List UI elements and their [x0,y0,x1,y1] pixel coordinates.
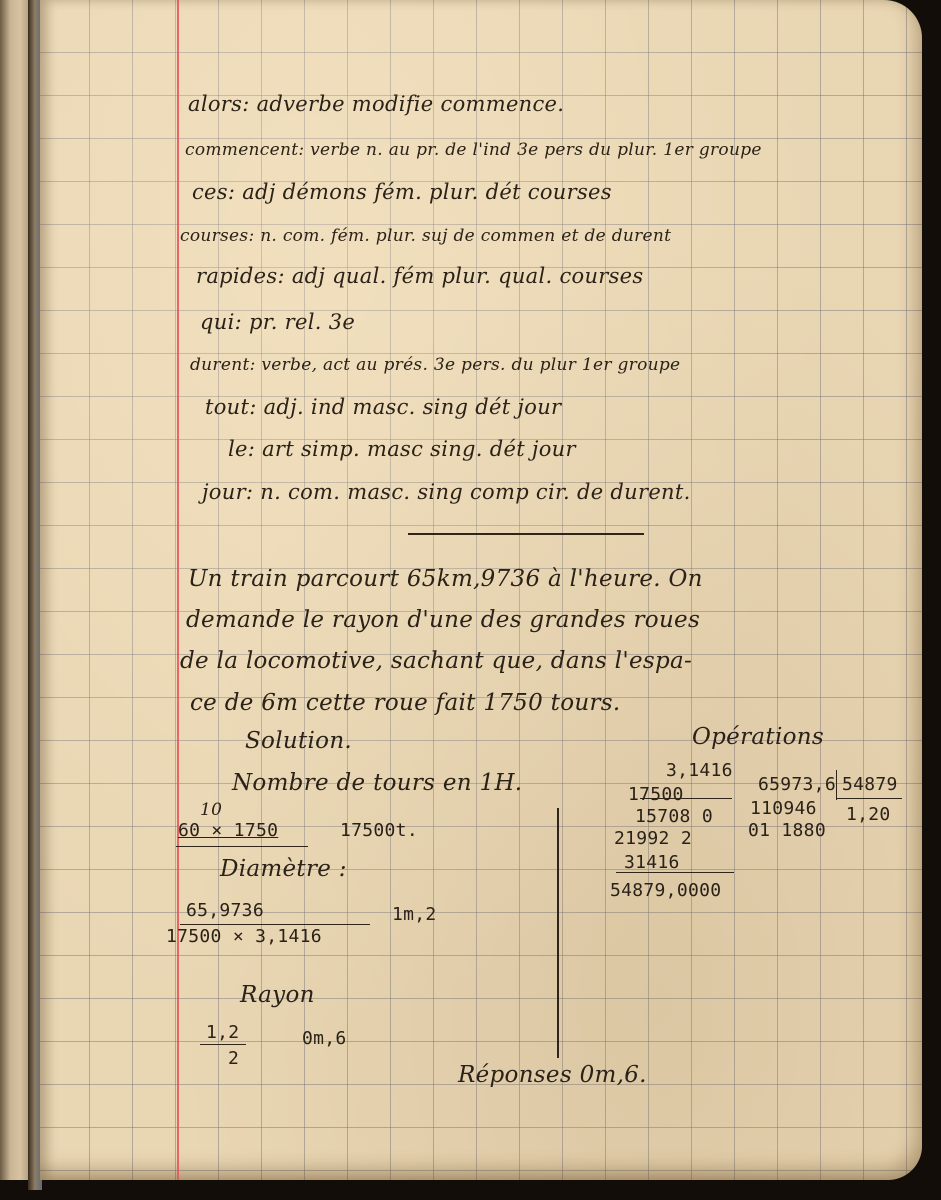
mult-partial: 15708 0 [635,806,713,827]
div-dividend: 65973,6 [758,774,836,795]
step1-calculation: 60 × 1750 [178,820,278,841]
analysis-word: jour [202,480,246,504]
analysis-text: adj démons fém. plur. dét courses [242,180,612,204]
solution-title: Solution. [245,728,352,754]
mult-factor2: 17500 [628,784,684,805]
answer-value: 0m,6. [580,1062,647,1088]
analysis-text: n. com. masc. sing comp cir. de durent. [260,480,690,504]
problem-line: demande le rayon d'une des grandes roues [186,607,700,633]
div-remainder: 01 1880 [748,820,826,841]
step1-result: 17500t. [340,820,418,841]
mult-factor1: 3,1416 [666,760,733,781]
analysis-word: commencent [185,140,298,160]
analysis-word: le [228,437,248,461]
red-margin-line [177,0,179,1180]
analysis-line: courses: n. com. fém. plur. suj de comme… [180,226,671,246]
analysis-line: commencent: verbe n. au pr. de l'ind 3e … [185,140,762,160]
analysis-word: ces [192,180,228,204]
step2-denominator: 17500 × 3,1416 [166,926,322,947]
div-remainder: 110946 [750,798,817,819]
div-divisor: 54879 [842,774,898,795]
fraction-bar [180,924,370,925]
notebook-page: alors: adverbe modifie commence. commenc… [40,0,922,1180]
problem-line: de la locomotive, sachant que, dans l'es… [180,648,692,674]
step3-label: Rayon [240,982,315,1008]
analysis-word: durent [190,355,250,375]
mult-bar [640,798,732,799]
step3-result: 0m,6 [302,1028,347,1049]
analysis-text: adverbe modifie commence. [257,92,565,116]
analysis-line: alors: adverbe modifie commence. [188,92,564,116]
step1-underline [176,846,308,847]
analysis-line: ces: adj démons fém. plur. dét courses [192,180,612,204]
section-divider [408,533,644,535]
step3-numerator: 1,2 [206,1022,239,1043]
analysis-text: adj qual. fém plur. qual. courses [292,264,644,288]
analysis-line: le: art simp. masc sing. dét jour [228,437,576,461]
analysis-text: pr. rel. 3e [249,310,355,334]
div-bar [836,798,902,799]
answer-line: Réponses 0m,6. [458,1062,647,1088]
step2-label: Diamètre : [220,856,347,882]
step2-result: 1m,2 [392,904,437,925]
div-quotient: 1,20 [846,804,891,825]
problem-line: ce de 6m cette roue fait 1750 tours. [190,690,620,716]
fraction-bar [200,1044,246,1045]
step1-label: Nombre de tours en 1H. [232,770,522,796]
step2-numerator: 65,9736 [186,900,264,921]
mult-bar [616,872,734,873]
analysis-word: qui [200,310,235,334]
mult-product: 54879,0000 [610,880,721,901]
analysis-text: art simp. masc sing. dét jour [262,437,576,461]
step3-denominator: 2 [228,1048,239,1069]
mult-partial: 31416 [624,852,680,873]
operations-title: Opérations [692,724,824,750]
analysis-line: durent: verbe, act au prés. 3e pers. du … [190,355,680,375]
analysis-line: tout: adj. ind masc. sing dét jour [205,395,561,419]
analysis-text: verbe, act au prés. 3e pers. du plur 1er… [261,355,680,375]
analysis-text: n. com. fém. plur. suj de commen et de d… [260,226,671,246]
analysis-word: rapides [196,264,277,288]
step1-note: 10 [200,800,222,820]
analysis-word: tout [205,395,249,419]
mult-partial: 21992 2 [614,828,692,849]
analysis-word: alors [188,92,242,116]
analysis-line: rapides: adj qual. fém plur. qual. cours… [196,264,644,288]
answer-label: Réponses [458,1062,572,1088]
column-divider [557,808,559,1058]
problem-line: Un train parcourt 65km,9736 à l'heure. O… [188,566,703,592]
analysis-text: verbe n. au pr. de l'ind 3e pers du plur… [310,140,762,160]
analysis-line: jour: n. com. masc. sing comp cir. de du… [202,480,691,504]
analysis-word: courses [180,226,248,246]
analysis-line: qui: pr. rel. 3e [200,310,355,334]
analysis-text: adj. ind masc. sing dét jour [264,395,562,419]
div-bracket [836,770,837,800]
